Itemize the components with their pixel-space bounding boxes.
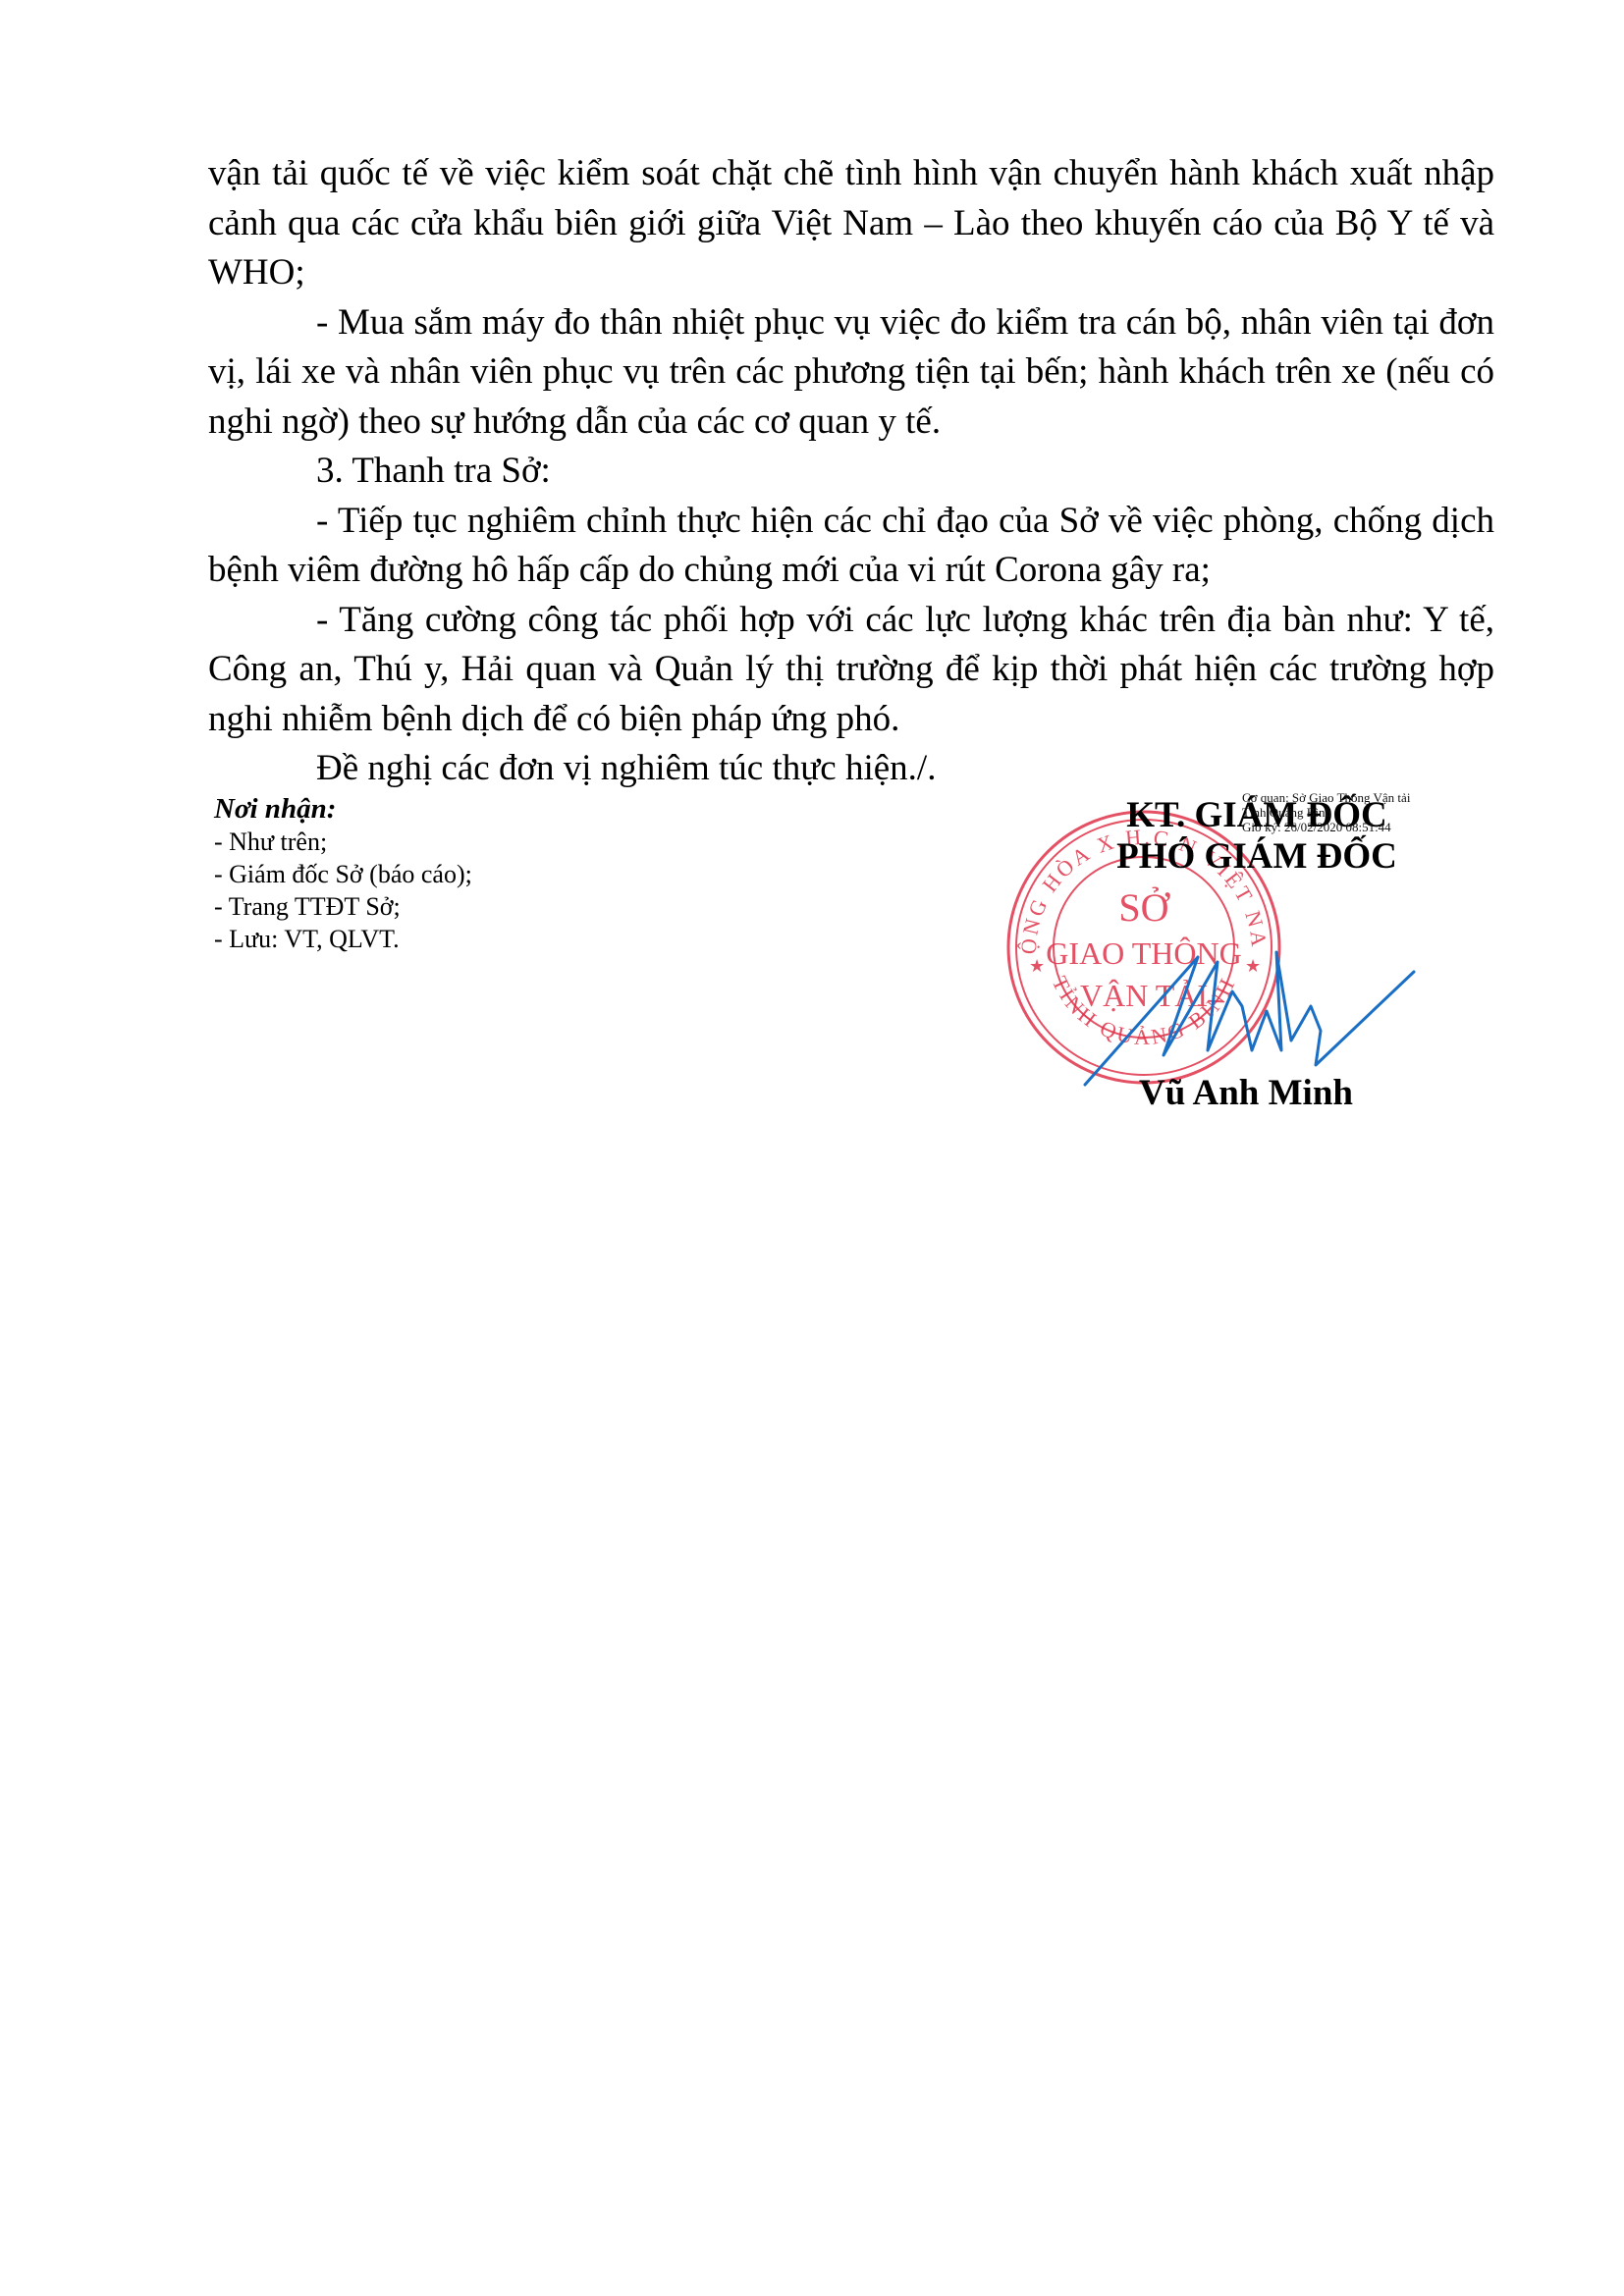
recipient-item: - Lưu: VT, QLVT. <box>214 923 472 955</box>
signature-block: CỘNG HÒA X.H.C.N VIỆT NAM TỈNH QUẢNG BÌN… <box>1001 785 1473 1119</box>
paragraph-coordination: - Tăng cường công tác phối hợp với các l… <box>208 596 1494 745</box>
recipient-item: - Giám đốc Sở (báo cáo); <box>214 858 472 890</box>
paragraph-continue-directives: - Tiếp tục nghiêm chỉnh thực hiện các ch… <box>208 497 1494 596</box>
digital-signature-agency: Cơ quan: Sở Giao Thông Vận tải <box>1242 790 1410 805</box>
svg-text:★: ★ <box>1029 956 1045 976</box>
recipients-block: Nơi nhận: - Như trên; - Giám đốc Sở (báo… <box>214 793 472 955</box>
digital-signature-time: Giờ ký: 26/02/2020 08:51:44 <box>1242 820 1410 834</box>
document-page: vận tải quốc tế về việc kiểm soát chặt c… <box>0 0 1624 2296</box>
digital-signature-province: Tỉnh Quảng Bình <box>1242 805 1410 820</box>
paragraph-thermometer-purchase: - Mua sắm máy đo thân nhiệt phục vụ việc… <box>208 298 1494 448</box>
recipient-item: - Trang TTĐT Sở; <box>214 890 472 923</box>
signer-name: Vũ Anh Minh <box>1139 1072 1353 1114</box>
recipient-item: - Như trên; <box>214 826 472 858</box>
recipients-heading: Nơi nhận: <box>214 793 472 826</box>
signature-title-line2: PHÓ GIÁM ĐỐC <box>1021 836 1492 878</box>
handwritten-signature-icon <box>1070 913 1443 1090</box>
paragraph-transport-control: vận tải quốc tế về việc kiểm soát chặt c… <box>208 149 1494 298</box>
document-body: vận tải quốc tế về việc kiểm soát chặt c… <box>208 149 1494 794</box>
digital-signature-stamp: Cơ quan: Sở Giao Thông Vận tải Tỉnh Quản… <box>1242 790 1410 834</box>
section-heading-inspectorate: 3. Thanh tra Sở: <box>208 447 1494 497</box>
